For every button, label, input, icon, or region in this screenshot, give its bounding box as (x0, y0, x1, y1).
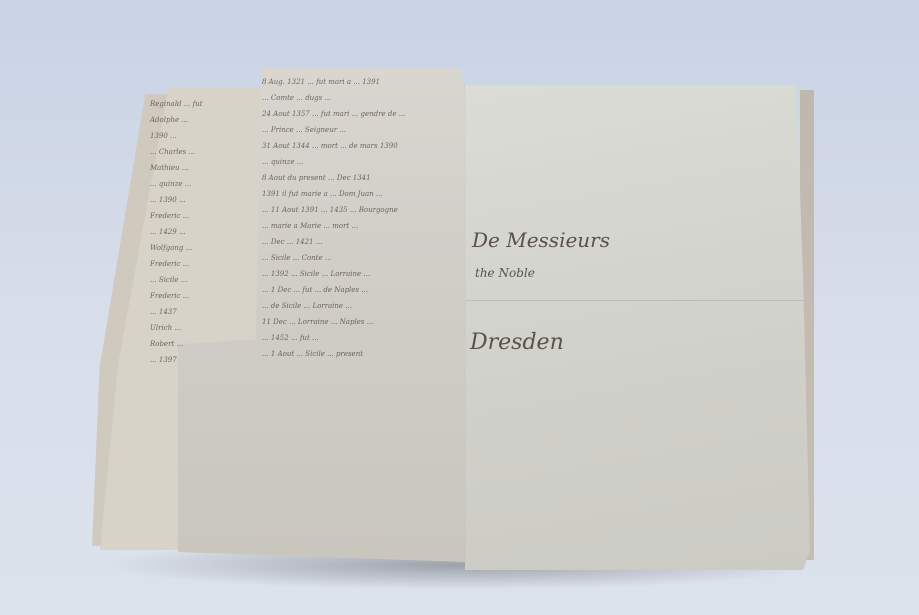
title-line-2: the Noble (475, 266, 535, 280)
front-page-handwriting: 8 Aug. 1321 ... fut mari a ... 1391... C… (262, 74, 462, 362)
page-fold-line (465, 300, 810, 301)
title-line-3: Dresden (470, 330, 564, 355)
left-page-handwriting: Reginald ... futAdolphe ... 1390 ...... … (150, 96, 260, 368)
title-line-1: De Messieurs (472, 228, 610, 252)
right-page (465, 85, 810, 570)
